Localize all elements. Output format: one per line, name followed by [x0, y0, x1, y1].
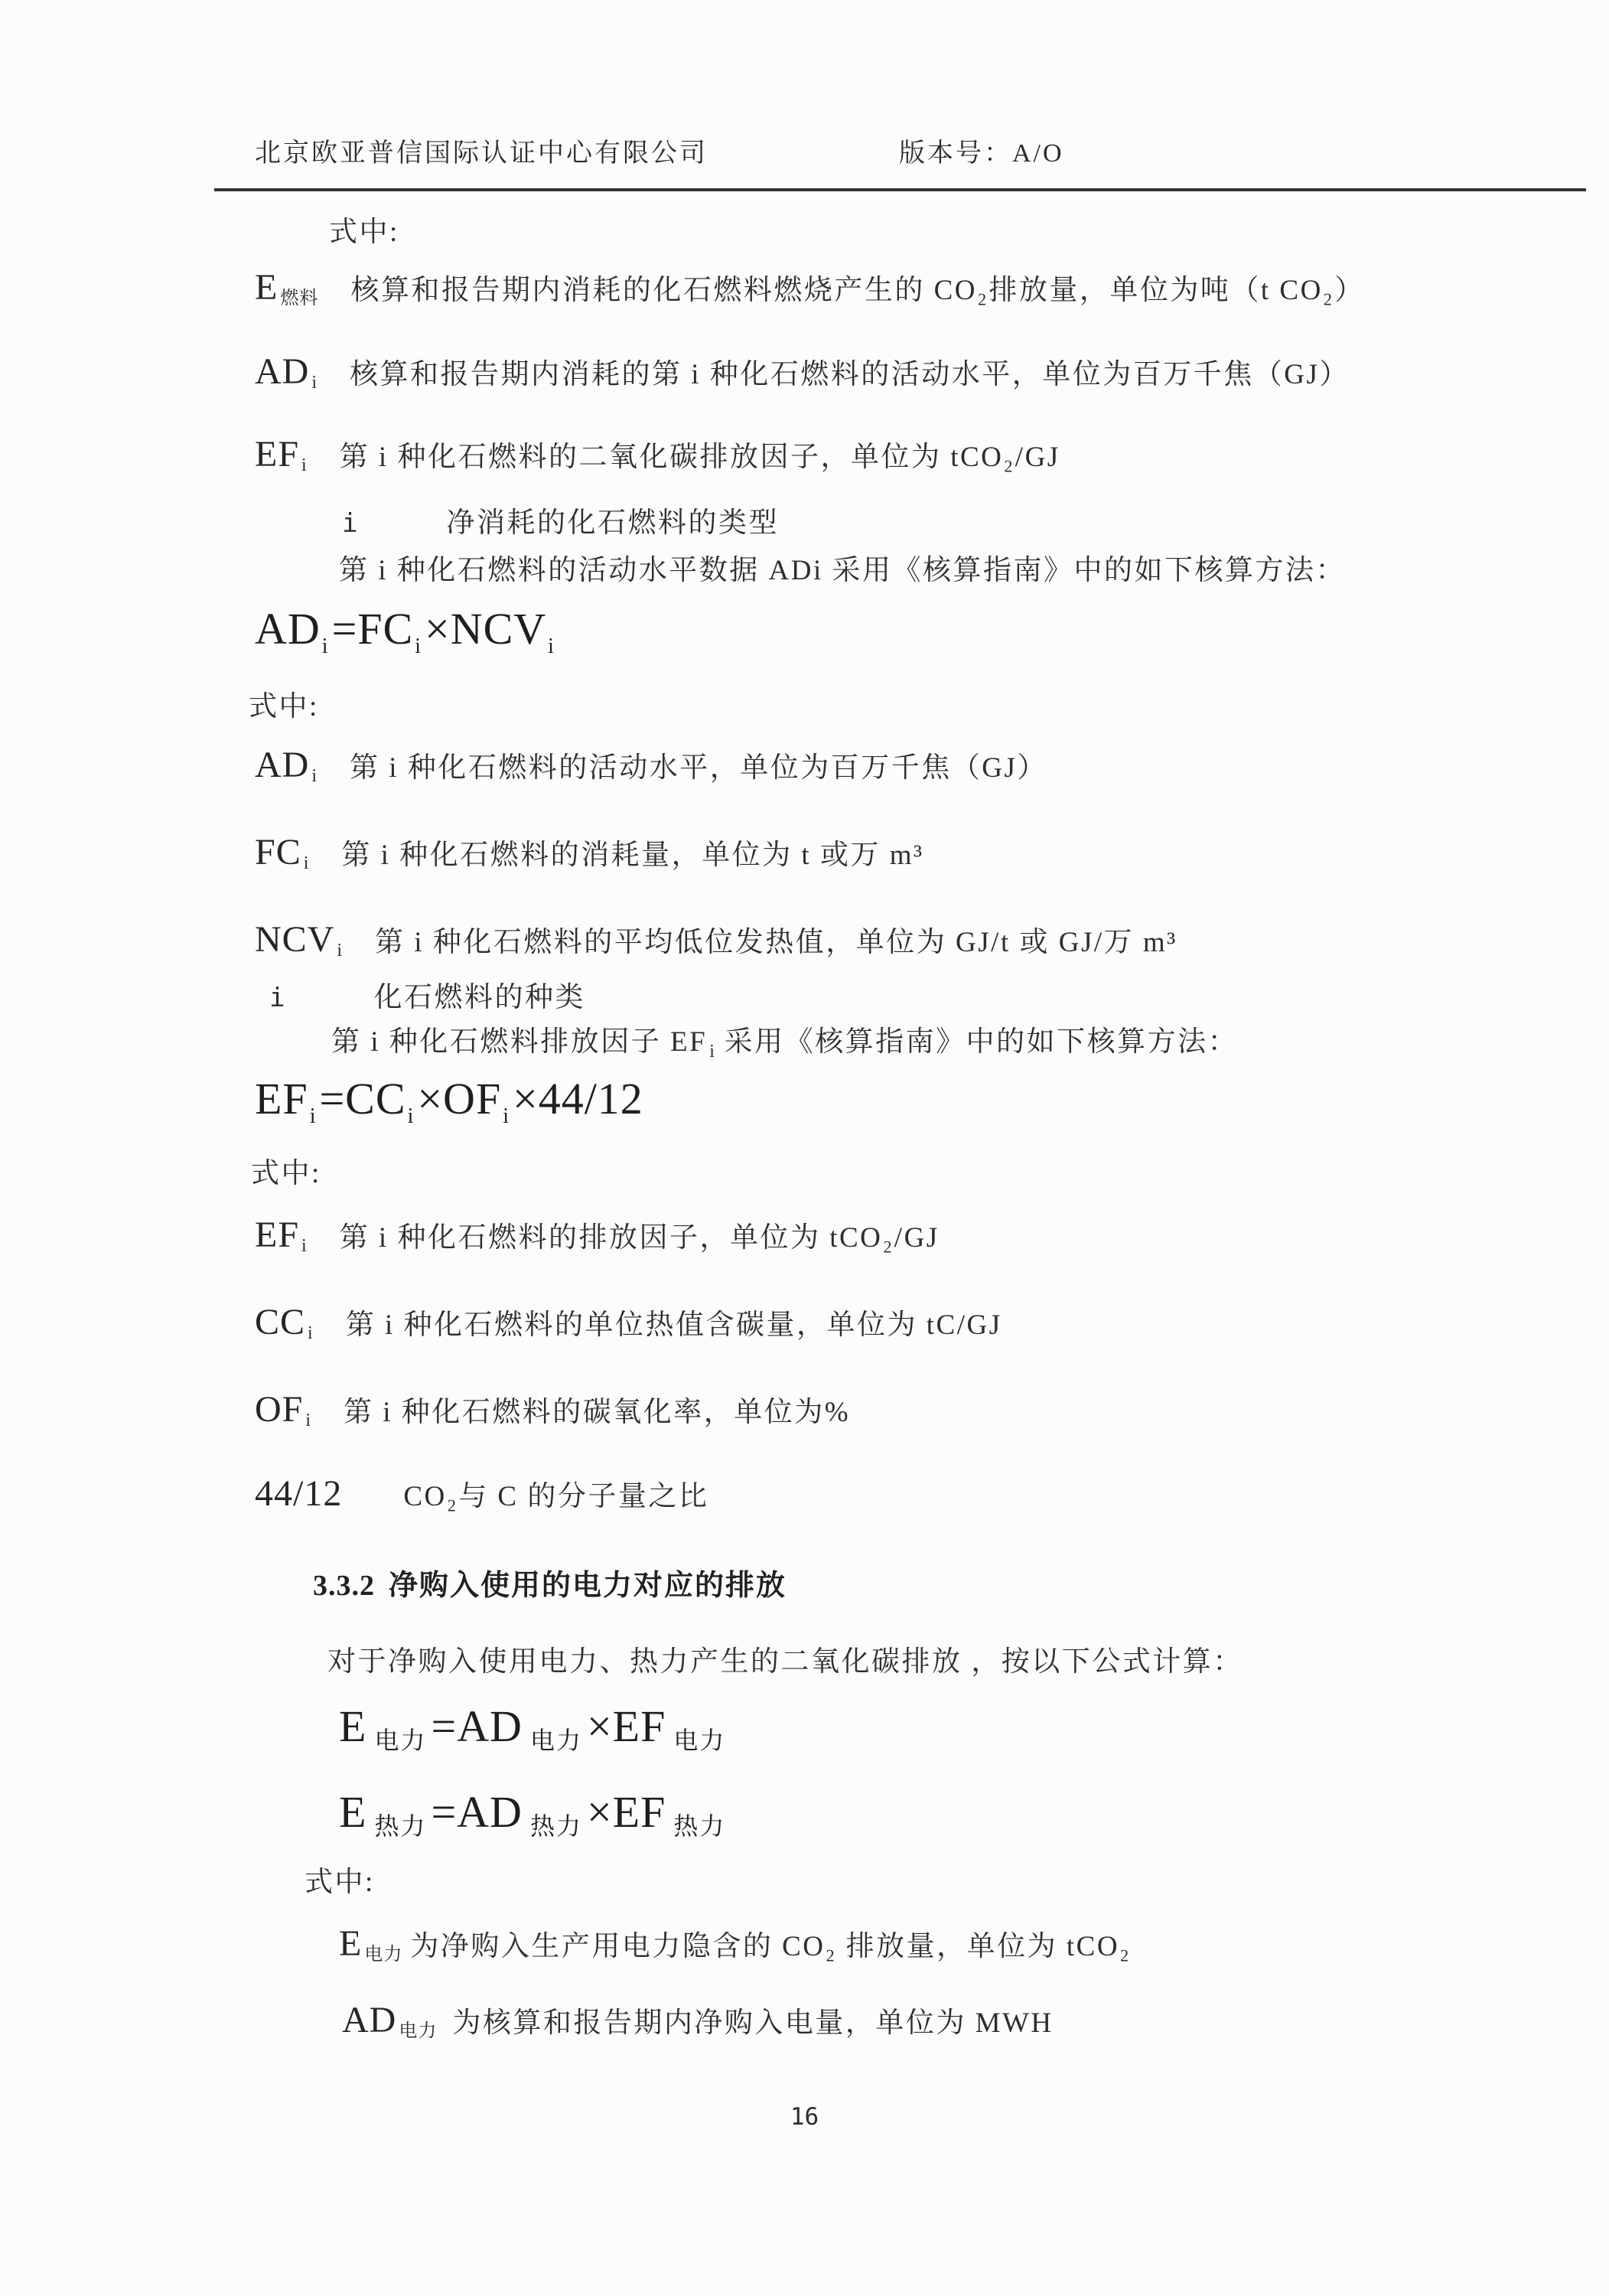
- formula-part: ×NCV: [425, 604, 546, 654]
- formula-ef-equals-cc-of: EFi=CCi×OFi×44/12: [255, 1073, 643, 1124]
- definition-row-cci: CCi 第 i 种化石燃料的单位热值含碳量，单位为 tC/GJ: [255, 1301, 1002, 1343]
- symbol-e-fuel: E: [255, 266, 278, 308]
- formula-subscript: 热力: [374, 1812, 426, 1840]
- formula-part: EF: [255, 1074, 308, 1124]
- formula-part: =FC: [332, 604, 414, 654]
- formula-e-heat: E热力=AD热力×EF热力: [339, 1786, 730, 1838]
- formula-subscript: i: [503, 1104, 510, 1128]
- formula-intro-label-1: 式中:: [329, 208, 399, 249]
- formula-intro-label-2: 式中:: [249, 683, 319, 724]
- definition-row-i-type: i 净消耗的化石燃料的类型: [342, 499, 779, 540]
- formula-part: ×EF: [587, 1787, 666, 1837]
- definition-row-efi: EFi 第 i 种化石燃料的二氧化碳排放因子，单位为 tCO₂/GJ: [255, 433, 1060, 475]
- definition-text: 第 i 种化石燃料的单位热值含碳量，单位为 tC/GJ: [346, 1301, 1002, 1342]
- symbol-ofi-subscript: i: [305, 1411, 311, 1431]
- formula-e-electricity: E电力=AD电力×EF电力: [339, 1701, 730, 1752]
- formula-subscript: 电力: [673, 1727, 725, 1754]
- definition-text: 为核算和报告期内净购入电量，单位为 MWH: [452, 1999, 1053, 2040]
- formula-part: =CC: [319, 1074, 406, 1124]
- definition-text: 第 i 种化石燃料的活动水平，单位为百万千焦（GJ）: [350, 744, 1047, 785]
- symbol-adi-subscript: i: [311, 766, 318, 787]
- section-title: 净购入使用的电力对应的排放: [389, 1570, 787, 1602]
- section-number: 3.3.2: [313, 1570, 375, 1602]
- definition-row-adi-b: ADi 第 i 种化石燃料的活动水平，单位为百万千焦（GJ）: [255, 744, 1047, 786]
- definition-row-efi-c: EFi 第 i 种化石燃料的排放因子，单位为 tCO₂/GJ: [255, 1214, 940, 1256]
- symbol-fci-subscript: i: [304, 853, 310, 874]
- symbol-e-fuel-subscript: 燃料: [280, 282, 318, 309]
- definition-text: 为净购入生产用电力隐含的 CO₂ 排放量，单位为 tCO₂: [410, 1923, 1131, 1964]
- formula-part: =AD: [431, 1701, 522, 1751]
- formula-intro-label-3: 式中:: [251, 1150, 321, 1191]
- formula-intro-label-4: 式中:: [305, 1858, 375, 1900]
- formula-ad-equals-fc-ncv: ADi=FCi×NCVi: [255, 603, 558, 654]
- paragraph-ef-method: 第 i 种化石燃料排放因子 EFi 采用《核算指南》中的如下核算方法：: [331, 1018, 1238, 1059]
- definition-text: 第 i 种化石燃料的碳氧化率，单位为%: [344, 1388, 850, 1430]
- symbol-cci-subscript: i: [308, 1323, 314, 1344]
- symbol-ncvi-subscript: i: [337, 941, 343, 961]
- definition-row-e-electricity: E电力 为净购入生产用电力隐含的 CO₂ 排放量，单位为 tCO₂: [339, 1923, 1131, 1965]
- formula-part: ×EF: [587, 1701, 666, 1751]
- symbol-ncvi: NCV: [255, 918, 334, 960]
- formula-subscript: 电力: [530, 1727, 582, 1754]
- definition-row-ncvi: NCVi 第 i 种化石燃料的平均低位发热值，单位为 GJ/t 或 GJ/万 m…: [255, 918, 1177, 960]
- document-page: 北京欧亚普信国际认证中心有限公司 版本号：A/O 式中: E燃料 核算和报告期内…: [0, 0, 1609, 2296]
- formula-subscript: 电力: [374, 1727, 426, 1754]
- formula-subscript: i: [548, 634, 555, 658]
- symbol-ofi: OF: [255, 1388, 303, 1430]
- formula-part: ×OF: [417, 1074, 501, 1124]
- paragraph-text: 第 i 种化石燃料排放因子 EF: [331, 1026, 707, 1058]
- paragraph-electricity-intro: 对于净购入使用电力、热力产生的二氧化碳排放 ，按以下公式计算：: [327, 1638, 1243, 1679]
- section-heading-3-3-2: 3.3.2净购入使用的电力对应的排放: [313, 1561, 787, 1603]
- symbol-adi: AD: [255, 744, 309, 786]
- definition-text: 核算和报告期内消耗的第 i 种化石燃料的活动水平，单位为百万千焦（GJ）: [350, 351, 1350, 392]
- definition-text: 核算和报告期内消耗的化石燃料燃烧产生的 CO₂排放量，单位为吨（t CO₂）: [350, 266, 1364, 308]
- header-version-label: 版本号：A/O: [899, 132, 1064, 169]
- formula-subscript: 热力: [673, 1812, 725, 1840]
- symbol-e-electricity-subscript: 电力: [364, 1939, 402, 1965]
- paragraph-subscript: i: [709, 1042, 715, 1062]
- symbol-e-electricity: E: [339, 1923, 362, 1965]
- symbol-efi: EF: [255, 1214, 299, 1256]
- symbol-efi-subscript: i: [301, 455, 308, 476]
- definition-row-ofi: OFi 第 i 种化石燃料的碳氧化率，单位为%: [255, 1388, 850, 1430]
- symbol-44-12: 44/12: [255, 1473, 342, 1515]
- definition-text: 第 i 种化石燃料的二氧化碳排放因子，单位为 tCO₂/GJ: [340, 433, 1060, 475]
- symbol-i: i: [342, 508, 357, 539]
- formula-part: ×44/12: [513, 1074, 643, 1124]
- definition-text: 第 i 种化石燃料的平均低位发热值，单位为 GJ/t 或 GJ/万 m³: [375, 918, 1177, 960]
- symbol-fci: FC: [255, 831, 301, 873]
- symbol-ad-electricity-subscript: 电力: [399, 2015, 437, 2042]
- definition-row-adi: ADi 核算和报告期内消耗的第 i 种化石燃料的活动水平，单位为百万千焦（GJ）: [255, 351, 1350, 393]
- symbol-efi-subscript: i: [301, 1236, 308, 1257]
- definition-row-fci: FCi 第 i 种化石燃料的消耗量，单位为 t 或万 m³: [255, 831, 924, 873]
- definition-row-44-12: 44/12 CO₂与 C 的分子量之比: [255, 1473, 708, 1515]
- header-divider-line: [214, 188, 1586, 191]
- formula-subscript: 热力: [530, 1812, 582, 1840]
- formula-subscript: i: [415, 634, 422, 658]
- definition-row-ad-electricity: AD电力 为核算和报告期内净购入电量，单位为 MWH: [342, 1999, 1054, 2041]
- definition-text: 第 i 种化石燃料的消耗量，单位为 t 或万 m³: [341, 831, 923, 872]
- definition-row-e-fuel: E燃料 核算和报告期内消耗的化石燃料燃烧产生的 CO₂排放量，单位为吨（t CO…: [255, 266, 1365, 308]
- symbol-adi-subscript: i: [311, 373, 318, 393]
- formula-part: E: [339, 1787, 366, 1837]
- formula-part: AD: [255, 604, 321, 654]
- symbol-cci: CC: [255, 1301, 305, 1343]
- definition-text: 第 i 种化石燃料的排放因子，单位为 tCO₂/GJ: [340, 1214, 940, 1255]
- symbol-adi: AD: [255, 351, 309, 393]
- definition-text: 净消耗的化石燃料的类型: [446, 507, 779, 539]
- page-number: 16: [0, 2103, 1609, 2131]
- formula-part: =AD: [431, 1787, 522, 1837]
- formula-part: E: [339, 1701, 366, 1751]
- symbol-i: i: [269, 983, 285, 1013]
- symbol-ad-electricity: AD: [342, 1999, 396, 2041]
- paragraph-ad-method: 第 i 种化石燃料的活动水平数据 ADi 采用《核算指南》中的如下核算方法：: [339, 546, 1346, 588]
- definition-row-i-kind: i 化石燃料的种类: [269, 974, 585, 1015]
- symbol-efi: EF: [255, 433, 299, 475]
- definition-text: CO₂与 C 的分子量之比: [403, 1473, 708, 1514]
- formula-subscript: i: [408, 1104, 415, 1128]
- formula-subscript: i: [322, 634, 329, 658]
- definition-text: 化石燃料的种类: [373, 982, 585, 1013]
- paragraph-text: 采用《核算指南》中的如下核算方法：: [715, 1026, 1238, 1058]
- header-company-name: 北京欧亚普信国际认证中心有限公司: [255, 132, 708, 169]
- formula-subscript: i: [310, 1104, 317, 1128]
